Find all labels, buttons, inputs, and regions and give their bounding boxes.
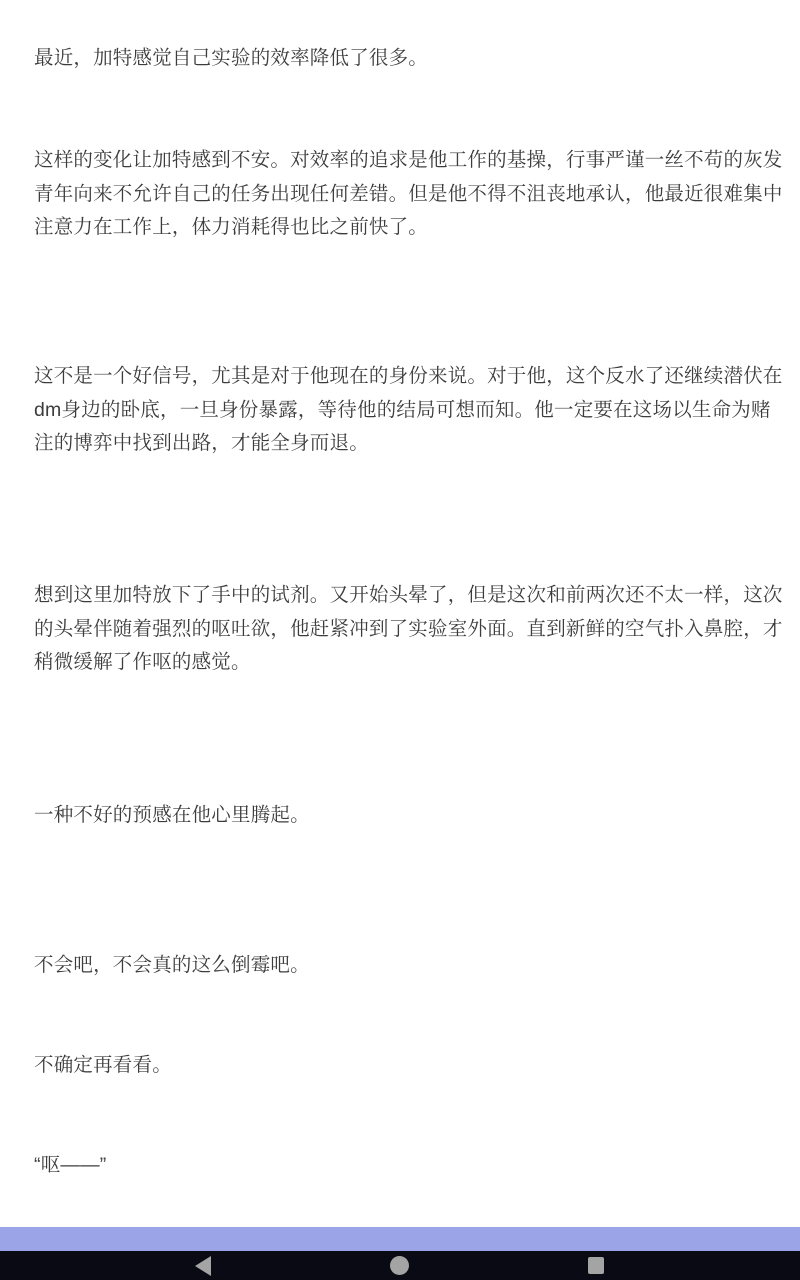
text-line: 的头晕伴随着强烈的呕吐欲，他赶紧冲到了实验室外面。直到新鲜的空气扑入鼻腔，才 <box>34 613 782 647</box>
paragraph: “呕——” <box>34 1149 782 1183</box>
text-line: 这样的变化让加特感到不安。对效率的追求是他工作的基操，行事严谨一丝不苟的灰发 <box>34 144 782 178</box>
text-line: dm身边的卧底，一旦身份暴露，等待他的结局可想而知。他一定要在这场以生命为赌 <box>34 394 782 428</box>
paragraph: 不确定再看看。 <box>34 1049 782 1083</box>
text-line: 不会吧，不会真的这么倒霉吧。 <box>34 949 782 983</box>
recents-icon <box>588 1257 604 1274</box>
text-line: 最近，加特感觉自己实验的效率降低了很多。 <box>34 42 782 76</box>
recents-button[interactable] <box>572 1251 620 1280</box>
text-line: 注的博弈中找到出路，才能全身而退。 <box>34 427 782 461</box>
android-nav-bar <box>0 1251 800 1280</box>
home-button[interactable] <box>375 1251 423 1280</box>
text-line: 这不是一个好信号，尤其是对于他现在的身份来说。对于他，这个反水了还继续潜伏在 <box>34 360 782 394</box>
reader-content[interactable]: 最近，加特感觉自己实验的效率降低了很多。这样的变化让加特感到不安。对效率的追求是… <box>0 0 800 1227</box>
back-icon <box>195 1256 211 1276</box>
paragraph: 想到这里加特放下了手中的试剂。又开始头晕了，但是这次和前两次还不太一样，这次的头… <box>34 579 782 680</box>
paragraph: 一种不好的预感在他心里腾起。 <box>34 799 782 833</box>
bottom-accent-bar <box>0 1227 800 1251</box>
paragraph: 最近，加特感觉自己实验的效率降低了很多。 <box>34 42 782 76</box>
text-line: 稍微缓解了作呕的感觉。 <box>34 646 782 680</box>
text-line: 不确定再看看。 <box>34 1049 782 1083</box>
home-icon <box>390 1256 409 1275</box>
paragraph: 不会吧，不会真的这么倒霉吧。 <box>34 949 782 983</box>
text-line: 青年向来不允许自己的任务出现任何差错。但是他不得不沮丧地承认，他最近很难集中 <box>34 178 782 212</box>
text-line: 注意力在工作上，体力消耗得也比之前快了。 <box>34 211 782 245</box>
paragraph: 这不是一个好信号，尤其是对于他现在的身份来说。对于他，这个反水了还继续潜伏在dm… <box>34 360 782 461</box>
text-line: “呕——” <box>34 1149 782 1183</box>
text-line: 一种不好的预感在他心里腾起。 <box>34 799 782 833</box>
back-button[interactable] <box>179 1251 227 1280</box>
text-line: 想到这里加特放下了手中的试剂。又开始头晕了，但是这次和前两次还不太一样，这次 <box>34 579 782 613</box>
paragraph: 这样的变化让加特感到不安。对效率的追求是他工作的基操，行事严谨一丝不苟的灰发青年… <box>34 144 782 245</box>
